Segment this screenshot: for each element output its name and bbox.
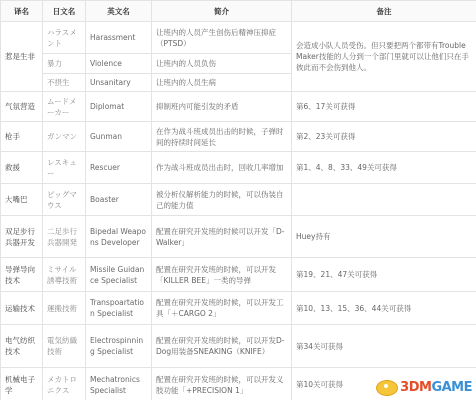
table-row: 气氛营造 ムードメーカー Diplomat 抑制班内可能引发的矛盾 第6、17关…: [1, 92, 476, 122]
cell-en-name: Rescuer: [86, 152, 152, 184]
cell-en-name: Violence: [86, 54, 152, 74]
cell-jp-name: 不摂生: [43, 74, 86, 92]
cell-jp-name: ビッグマウス: [43, 184, 86, 216]
cell-description: 让班内的人员负伤: [152, 54, 292, 74]
cell-jp-name: レスキュー: [43, 152, 86, 184]
cell-cn-name: 气氛营造: [1, 92, 43, 122]
cell-cn-name: 运输技术: [1, 292, 43, 325]
cell-cn-name: 救援: [1, 152, 43, 184]
cell-description: 配置在研究开发班的时候可以开发「D-Walker」: [152, 216, 292, 258]
cell-jp-name: ハラスメント: [43, 22, 86, 54]
header-cn-name: 译名: [1, 1, 43, 22]
cell-description: 配置在研究开发班的时候，可以开发「KILLER BEE」一类的导弹: [152, 258, 292, 292]
cell-en-name: Transpoartation Specialist: [86, 292, 152, 325]
cell-jp-name: ムードメーカー: [43, 92, 86, 122]
cell-description: 让班内的人员生病: [152, 74, 292, 92]
header-description: 简介: [152, 1, 292, 22]
skills-table: 译名 日文名 英文名 简介 备注 惹是生非 ハラスメント Harassment …: [0, 0, 476, 400]
watermark-3dmgame: 3DMGAME: [374, 378, 472, 396]
cell-description: 配置在研究开发班的时候，可以开发工具「＋CARGO 2」: [152, 292, 292, 325]
watermark-text-3dm: 3DM: [400, 380, 431, 395]
table-row: 电气纺织技术 電気紡織技術 Electrospinning Specialist…: [1, 325, 476, 368]
table-row: 救援 レスキュー Rescuer 作为战斗班成员出击时，回收几率增加 第1、4、…: [1, 152, 476, 184]
header-jp-name: 日文名: [43, 1, 86, 22]
cell-notes: Huey持有: [292, 216, 476, 258]
cell-en-name: Missile Guidance Specialist: [86, 258, 152, 292]
cell-cn-name: 双足步行兵器开发: [1, 216, 43, 258]
cell-notes: 第2、23关可获得: [292, 122, 476, 152]
table-header-row: 译名 日文名 英文名 简介 备注: [1, 1, 476, 22]
cell-description: 配置在研究开发班的时候，可以开发D-Dog用装备SNEAKING（KNIFE）: [152, 325, 292, 368]
cell-en-name: Diplomat: [86, 92, 152, 122]
cell-en-name: Electrospinning Specialist: [86, 325, 152, 368]
header-en-name: 英文名: [86, 1, 152, 22]
cell-notes: 第10、13、15、36、44关可获得: [292, 292, 476, 325]
cell-cn-name: 导弹导向技术: [1, 258, 43, 292]
cell-notes: 会造成小队人员受伤。但只要把两个都带有Trouble Maker技能的人分到一个…: [292, 22, 476, 92]
cell-en-name: Mechatronics Specialist: [86, 368, 152, 400]
cell-en-name: Gunman: [86, 122, 152, 152]
table-row: 枪手 ガンマン Gunman 在作为战斗班成员出击的时候，子弹时间的持续时间延长…: [1, 122, 476, 152]
cell-cn-name: 大嘴巴: [1, 184, 43, 216]
cell-description: 让班内的人员产生创伤后精神压抑症（PTSD）: [152, 22, 292, 54]
cell-en-name: Harassment: [86, 22, 152, 54]
cell-notes: 第1、4、8、33、49关可获得: [292, 152, 476, 184]
table-row: 双足步行兵器开发 二足歩行兵器開発 Bipedal Weapons Develo…: [1, 216, 476, 258]
cell-description: 抑制班内可能引发的矛盾: [152, 92, 292, 122]
cell-jp-name: ミサイル誘導技術: [43, 258, 86, 292]
cell-notes: [292, 184, 476, 216]
cell-jp-name: 運搬技術: [43, 292, 86, 325]
cell-description: 被分析仪解析能力的时候，可以伪装自己的能力值: [152, 184, 292, 216]
cell-en-name: Boaster: [86, 184, 152, 216]
mascot-icon: [374, 378, 400, 396]
table-row: 大嘴巴 ビッグマウス Boaster 被分析仪解析能力的时候，可以伪装自己的能力…: [1, 184, 476, 216]
cell-cn-name: 电气纺织技术: [1, 325, 43, 368]
cell-jp-name: 二足歩行兵器開発: [43, 216, 86, 258]
cell-cn-name: 惹是生非: [1, 22, 43, 92]
cell-en-name: Unsanitary: [86, 74, 152, 92]
cell-description: 配置在研究开发班的时候，可以开发义肢功能「+PRECISION 1」: [152, 368, 292, 400]
cell-notes: 第19、21、47关可获得: [292, 258, 476, 292]
table-row: 惹是生非 ハラスメント Harassment 让班内的人员产生创伤后精神压抑症（…: [1, 22, 476, 54]
cell-jp-name: メカトロニクス: [43, 368, 86, 400]
cell-notes: 第34关可获得: [292, 325, 476, 368]
cell-jp-name: ガンマン: [43, 122, 86, 152]
cell-notes: 第6、17关可获得: [292, 92, 476, 122]
cell-jp-name: 暴力: [43, 54, 86, 74]
cell-cn-name: 机械电子学: [1, 368, 43, 400]
table-row: 运输技术 運搬技術 Transpoartation Specialist 配置在…: [1, 292, 476, 325]
cell-en-name: Bipedal Weapons Developer: [86, 216, 152, 258]
cell-description: 作为战斗班成员出击时，回收几率增加: [152, 152, 292, 184]
cell-jp-name: 電気紡織技術: [43, 325, 86, 368]
header-notes: 备注: [292, 1, 476, 22]
cell-description: 在作为战斗班成员出击的时候，子弹时间的持续时间延长: [152, 122, 292, 152]
watermark-text-game: GAME: [431, 380, 472, 395]
cell-cn-name: 枪手: [1, 122, 43, 152]
table-row: 导弹导向技术 ミサイル誘導技術 Missile Guidance Special…: [1, 258, 476, 292]
